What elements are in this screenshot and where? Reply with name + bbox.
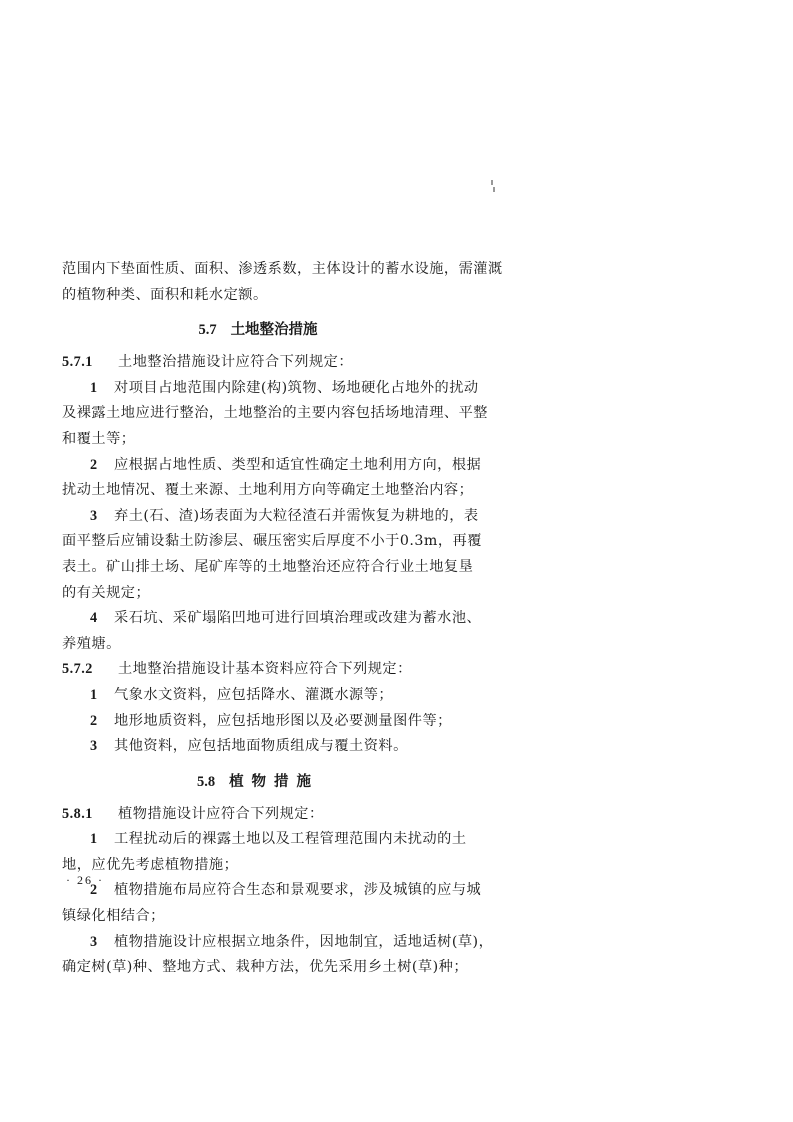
section-heading-5-7: 5.7土地整治措施 — [62, 314, 454, 346]
item-line: 及裸露土地应进行整治，土地整治的主要内容包括场地清理、平整 — [62, 401, 454, 427]
clause-5-7-1: 5.7.1土地整治措施设计应符合下列规定： — [62, 350, 454, 376]
clause-5-8-1: 5.8.1植物措施设计应符合下列规定： — [62, 802, 454, 828]
paragraph-line: 范围内下垫面性质、面积、渗透系数，主体设计的蓄水设施，需灌溉 — [62, 257, 454, 283]
scan-mark — [491, 180, 493, 185]
paragraph-line: 的植物种类、面积和耗水定额。 — [62, 283, 454, 309]
item-line: 3弃土(石、渣)场表面为大粒径渣石并需恢复为耕地的，表 — [62, 504, 454, 530]
item-line: 4采石坑、采矿塌陷凹地可进行回填治理或改建为蓄水池、 — [62, 606, 454, 632]
page-number: · 26 · — [66, 873, 104, 888]
item-line: 确定树(草)种、整地方式、栽种方法，优先采用乡土树(草)种； — [62, 955, 454, 981]
item-line: 养殖塘。 — [62, 632, 454, 658]
item-line: 和覆土等； — [62, 427, 454, 453]
item-line: 表土。矿山排土场、尾矿库等的土地整治还应符合行业土地复垦 — [62, 555, 454, 581]
item-line: 地，应优先考虑植物措施； — [62, 853, 454, 879]
item-line: 2应根据占地性质、类型和适宜性确定土地利用方向，根据 — [62, 453, 454, 479]
item-line: 的有关规定； — [62, 581, 454, 607]
item-line: 1工程扰动后的裸露土地以及工程管理范围内未扰动的土 — [62, 827, 454, 853]
item-line: 3植物措施设计应根据立地条件，因地制宜，适地适树(草)， — [62, 930, 454, 956]
section-heading-5-8: 5.8植物措施 — [62, 766, 454, 798]
item-line: 3其他资料，应包括地面物质组成与覆土资料。 — [62, 734, 454, 760]
item-line: 面平整后应铺设黏土防渗层、碾压密实后厚度不小于0.3m，再覆 — [62, 529, 454, 555]
item-line: 1对项目占地范围内除建(构)筑物、场地硬化占地外的扰动 — [62, 376, 454, 402]
scan-mark — [493, 187, 495, 192]
document-page: 范围内下垫面性质、面积、渗透系数，主体设计的蓄水设施，需灌溉 的植物种类、面积和… — [0, 0, 793, 1122]
item-line: 镇绿化相结合； — [62, 904, 454, 930]
item-line: 2植物措施布局应符合生态和景观要求，涉及城镇的应与城 — [62, 878, 454, 904]
clause-5-7-2: 5.7.2土地整治措施设计基本资料应符合下列规定： — [62, 657, 454, 683]
body-text: 范围内下垫面性质、面积、渗透系数，主体设计的蓄水设施，需灌溉 的植物种类、面积和… — [62, 257, 454, 981]
item-line: 2地形地质资料，应包括地形图以及必要测量图件等； — [62, 709, 454, 735]
item-line: 扰动土地情况、覆土来源、土地利用方向等确定土地整治内容； — [62, 478, 454, 504]
item-line: 1气象水文资料，应包括降水、灌溉水源等； — [62, 683, 454, 709]
